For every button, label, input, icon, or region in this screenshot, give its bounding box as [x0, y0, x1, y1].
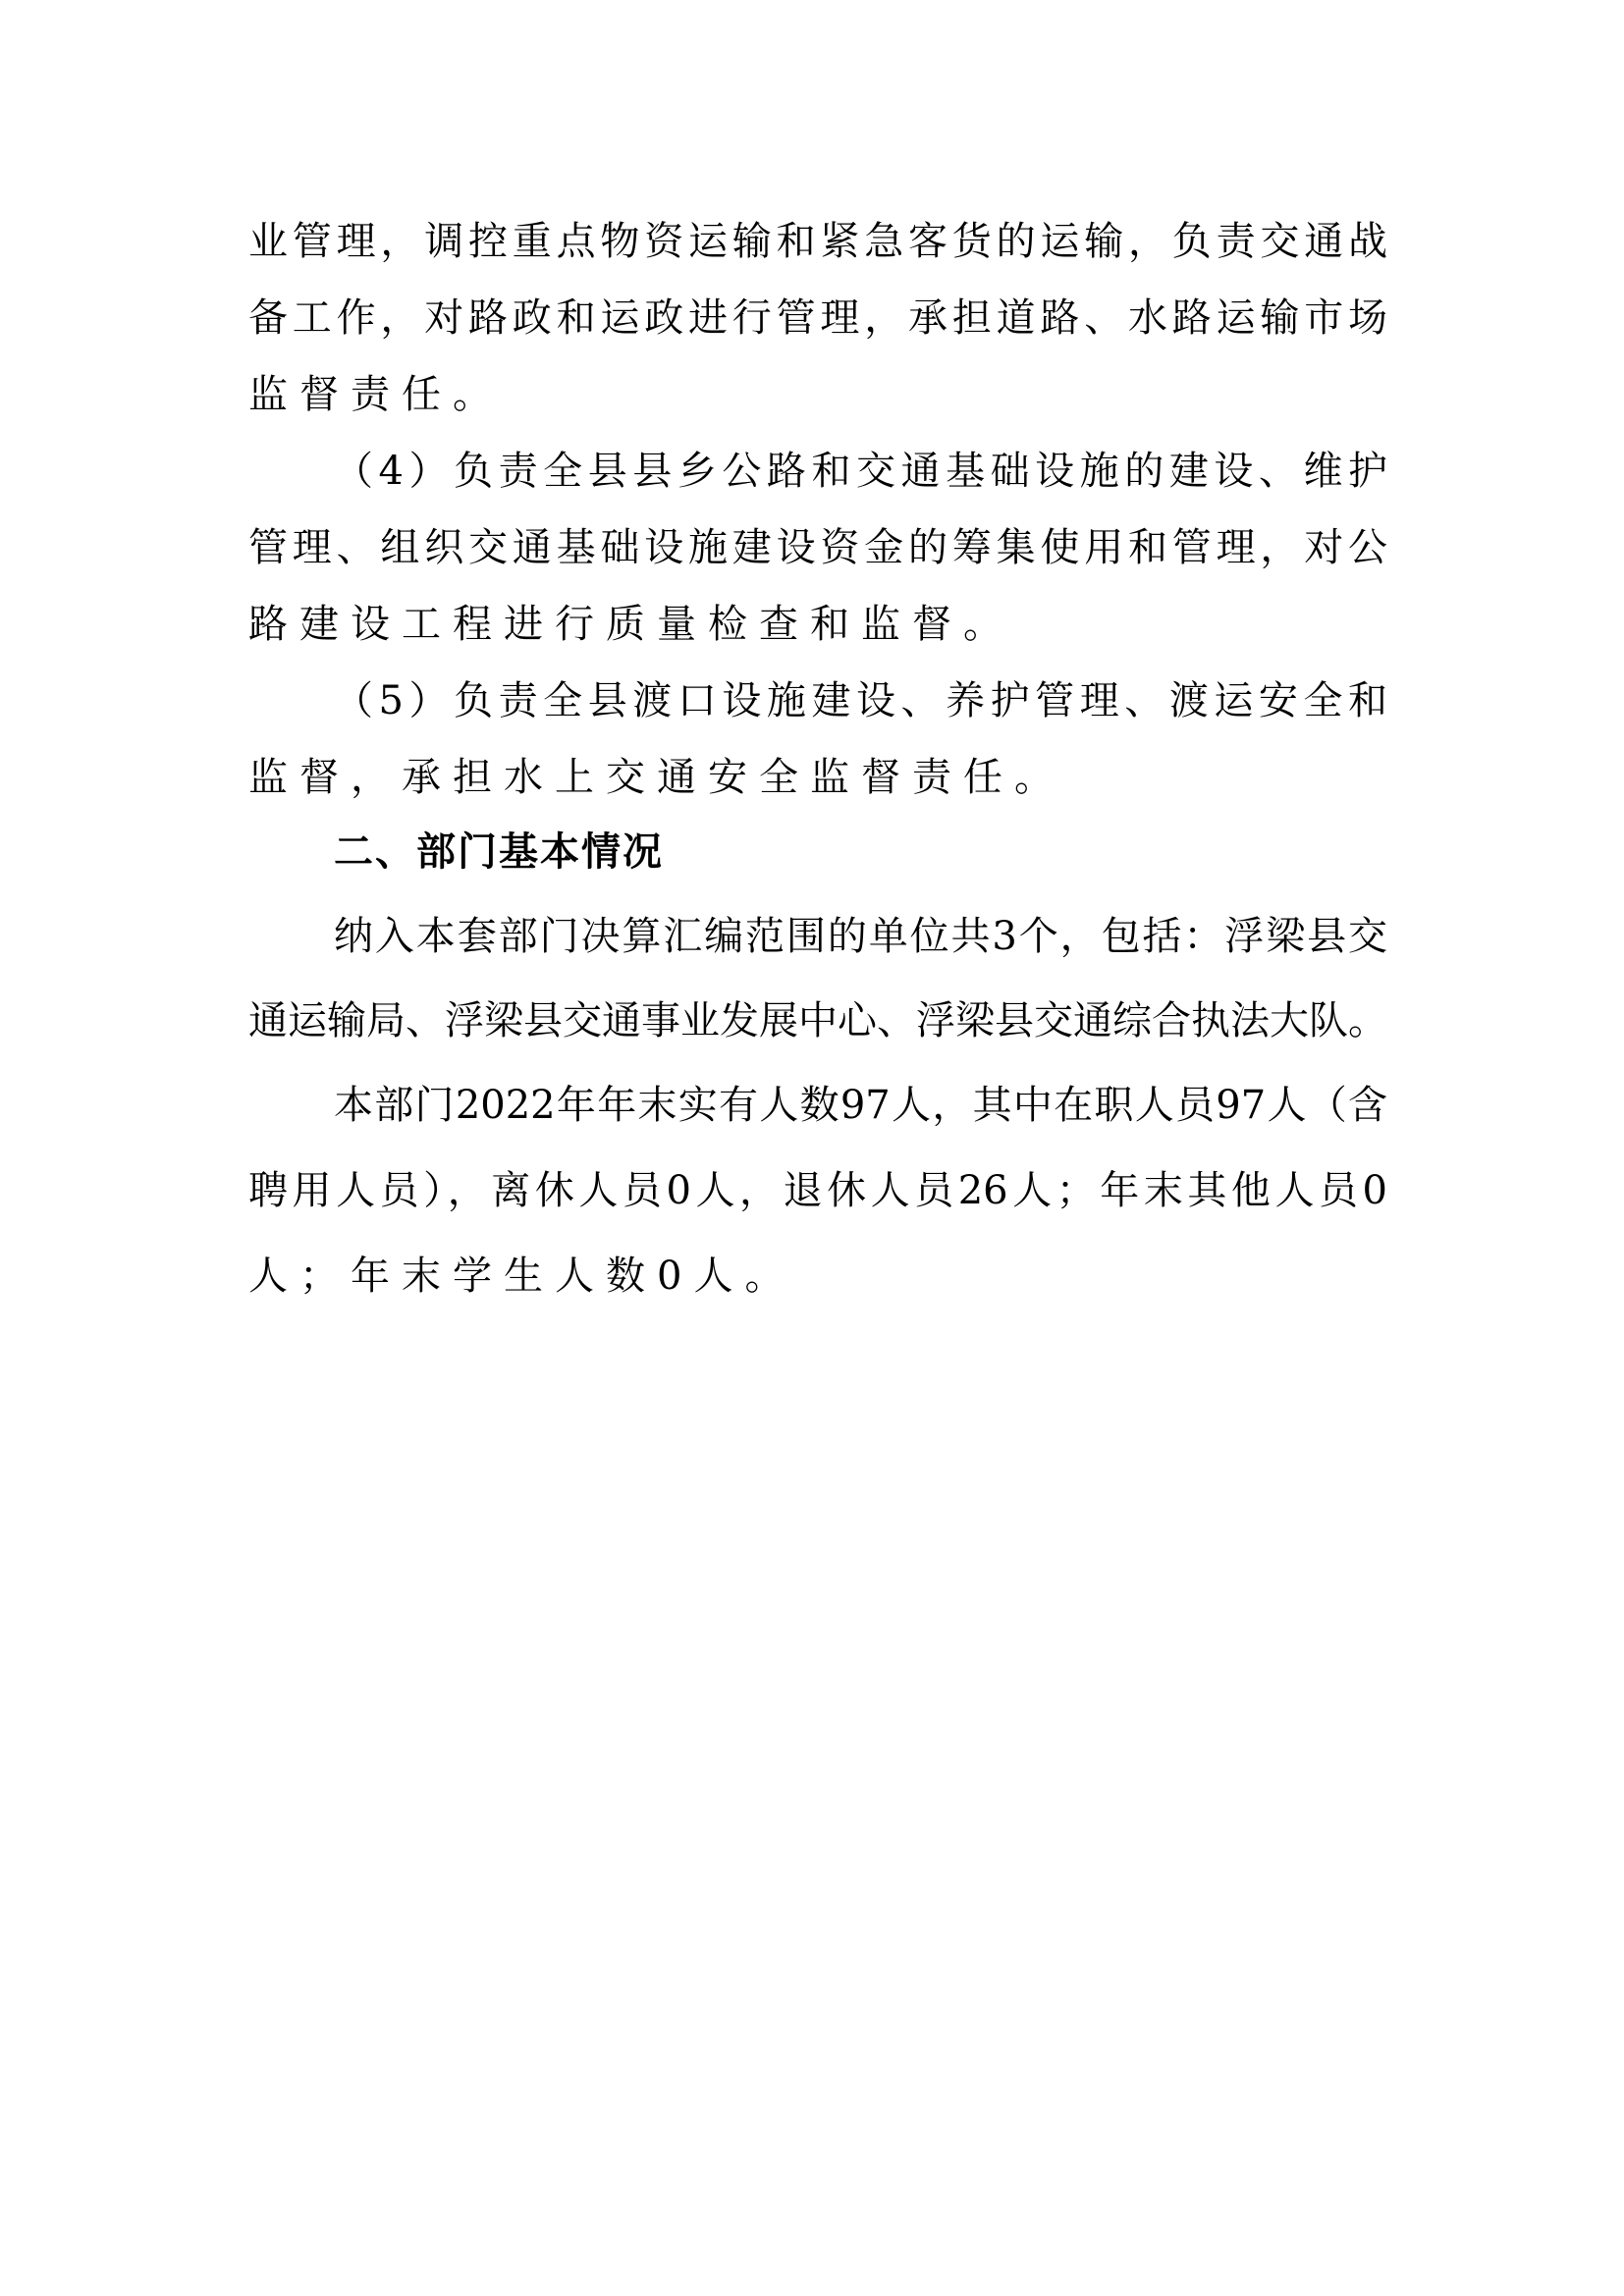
section-heading: 二、部门基本情况	[334, 828, 664, 876]
item-5-line: 监督，承担水上交通安全监督责任。	[248, 754, 1065, 801]
staff-paragraph-line: 本部门2022年年末实有人数97人，其中在职人员97人（含	[334, 1082, 1387, 1129]
staff-paragraph-line: 人；年末学生人数0人。	[248, 1253, 795, 1300]
item-5-line: （5）负责全县渡口设施建设、养护管理、渡运安全和	[334, 677, 1387, 724]
paragraph-line: 备工作，对路政和运政进行管理，承担道路、水路运输市场	[248, 294, 1387, 342]
item-4-line: 管理、组织交通基础设施建设资金的筹集使用和管理，对公	[248, 524, 1387, 571]
paragraph-line: 业管理，调控重点物资运输和紧急客货的运输，负责交通战	[248, 218, 1387, 265]
scope-paragraph-line: 纳入本套部门决算汇编范围的单位共3个，包括：浮梁县交	[334, 913, 1387, 960]
staff-paragraph-line: 聘用人员），离休人员0人，退休人员26人；年末其他人员0	[248, 1167, 1387, 1214]
scope-paragraph-line: 通运输局、浮梁县交通事业发展中心、浮梁县交通综合执法大队。	[248, 997, 1387, 1044]
item-4-line: 路建设工程进行质量检查和监督。	[248, 601, 1014, 648]
document-page: 业管理，调控重点物资运输和紧急客货的运输，负责交通战 备工作，对路政和运政进行管…	[0, 0, 1624, 2296]
paragraph-line: 监督责任。	[248, 371, 504, 418]
item-4-line: （4）负责全县县乡公路和交通基础设施的建设、维护	[334, 448, 1387, 495]
